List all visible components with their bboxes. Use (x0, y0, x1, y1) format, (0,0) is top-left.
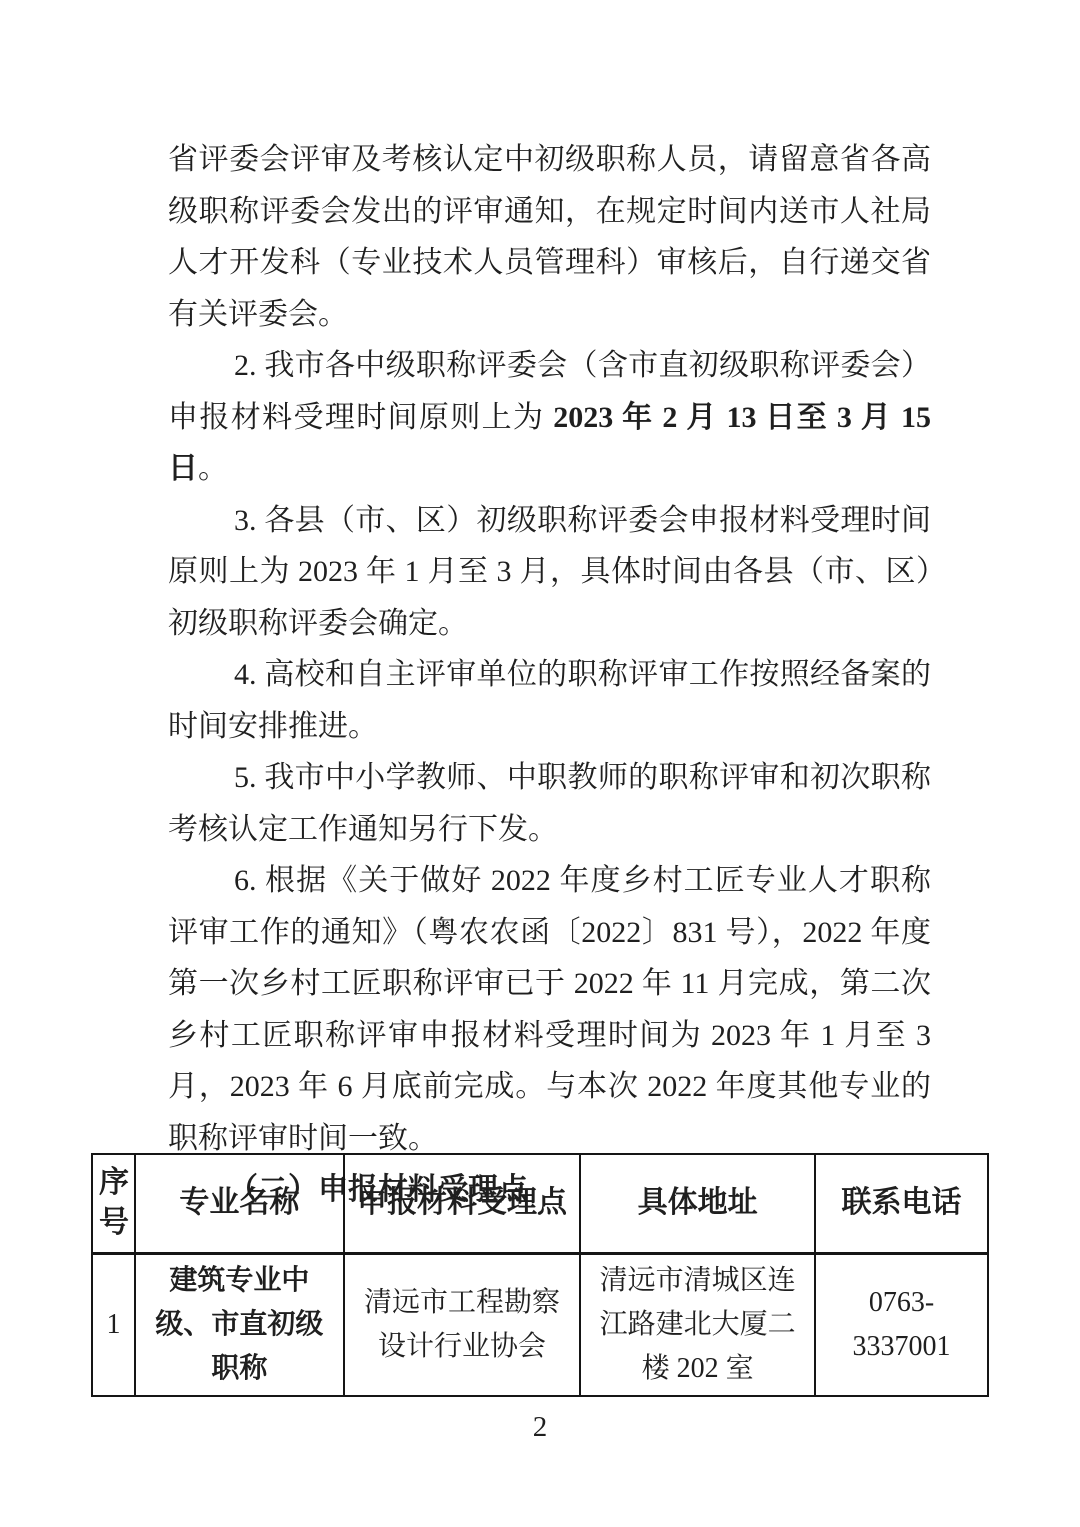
document-page: 省评委会评审及考核认定中初级职称人员，请留意省各高级职称评委会发出的评审通知，在… (0, 0, 1080, 1527)
text-run: 5. 我市中小学教师、中职教师的职称评审和初次职称考核认定工作通知另行下发。 (168, 761, 931, 846)
reception-table: 序号专业名称申报材料受理点具体地址联系电话 1建筑专业中级、市直初级职称清远市工… (91, 1153, 989, 1397)
table-header-cell: 申报材料受理点 (344, 1154, 581, 1253)
paragraph: 5. 我市中小学教师、中职教师的职称评审和初次职称考核认定工作通知另行下发。 (168, 752, 931, 855)
paragraph: 2. 我市各中级职称评委会（含市直初级职称评委会）申报材料受理时间原则上为 20… (168, 340, 931, 495)
table-header-cell: 具体地址 (580, 1154, 815, 1253)
reception-table-body: 1建筑专业中级、市直初级职称清远市工程勘察设计行业协会清远市清城区连江路建北大厦… (92, 1253, 988, 1396)
reception-table-head: 序号专业名称申报材料受理点具体地址联系电话 (92, 1154, 988, 1253)
paragraph: 省评委会评审及考核认定中初级职称人员，请留意省各高级职称评委会发出的评审通知，在… (168, 134, 931, 340)
table-cell: 0763-3337001 (815, 1253, 988, 1396)
table-cell: 清远市清城区连江路建北大厦二楼 202 室 (580, 1253, 815, 1396)
table-cell: 建筑专业中级、市直初级职称 (135, 1253, 344, 1396)
paragraph: 3. 各县（市、区）初级职称评委会申报材料受理时间原则上为 2023 年 1 月… (168, 495, 931, 650)
text-run: 。 (198, 452, 228, 485)
text-run: 6. 根据《关于做好 2022 年度乡村工匠专业人才职称评审工作的通知》（粤农农… (168, 864, 931, 1155)
text-run: 3. 各县（市、区）初级职称评委会申报材料受理时间原则上为 2023 年 1 月… (168, 504, 931, 640)
reception-table-wrap: 序号专业名称申报材料受理点具体地址联系电话 1建筑专业中级、市直初级职称清远市工… (91, 1153, 989, 1397)
table-header-row: 序号专业名称申报材料受理点具体地址联系电话 (92, 1154, 988, 1253)
table-header-cell: 专业名称 (135, 1154, 344, 1253)
text-run: 省评委会评审及考核认定中初级职称人员，请留意省各高级职称评委会发出的评审通知，在… (168, 143, 931, 331)
table-cell: 1 (92, 1253, 135, 1396)
table-header-cell: 序号 (92, 1154, 135, 1253)
paragraph: 4. 高校和自主评审单位的职称评审工作按照经备案的时间安排推进。 (168, 649, 931, 752)
table-cell: 清远市工程勘察设计行业协会 (344, 1253, 581, 1396)
text-run: 4. 高校和自主评审单位的职称评审工作按照经备案的时间安排推进。 (168, 658, 931, 743)
table-header-cell: 联系电话 (815, 1154, 988, 1253)
page-number: 2 (0, 1410, 1080, 1444)
table-row: 1建筑专业中级、市直初级职称清远市工程勘察设计行业协会清远市清城区连江路建北大厦… (92, 1253, 988, 1396)
paragraphs: 省评委会评审及考核认定中初级职称人员，请留意省各高级职称评委会发出的评审通知，在… (168, 134, 931, 1164)
document-body: 省评委会评审及考核认定中初级职称人员，请留意省各高级职称评委会发出的评审通知，在… (168, 134, 931, 1216)
paragraph: 6. 根据《关于做好 2022 年度乡村工匠专业人才职称评审工作的通知》（粤农农… (168, 855, 931, 1164)
